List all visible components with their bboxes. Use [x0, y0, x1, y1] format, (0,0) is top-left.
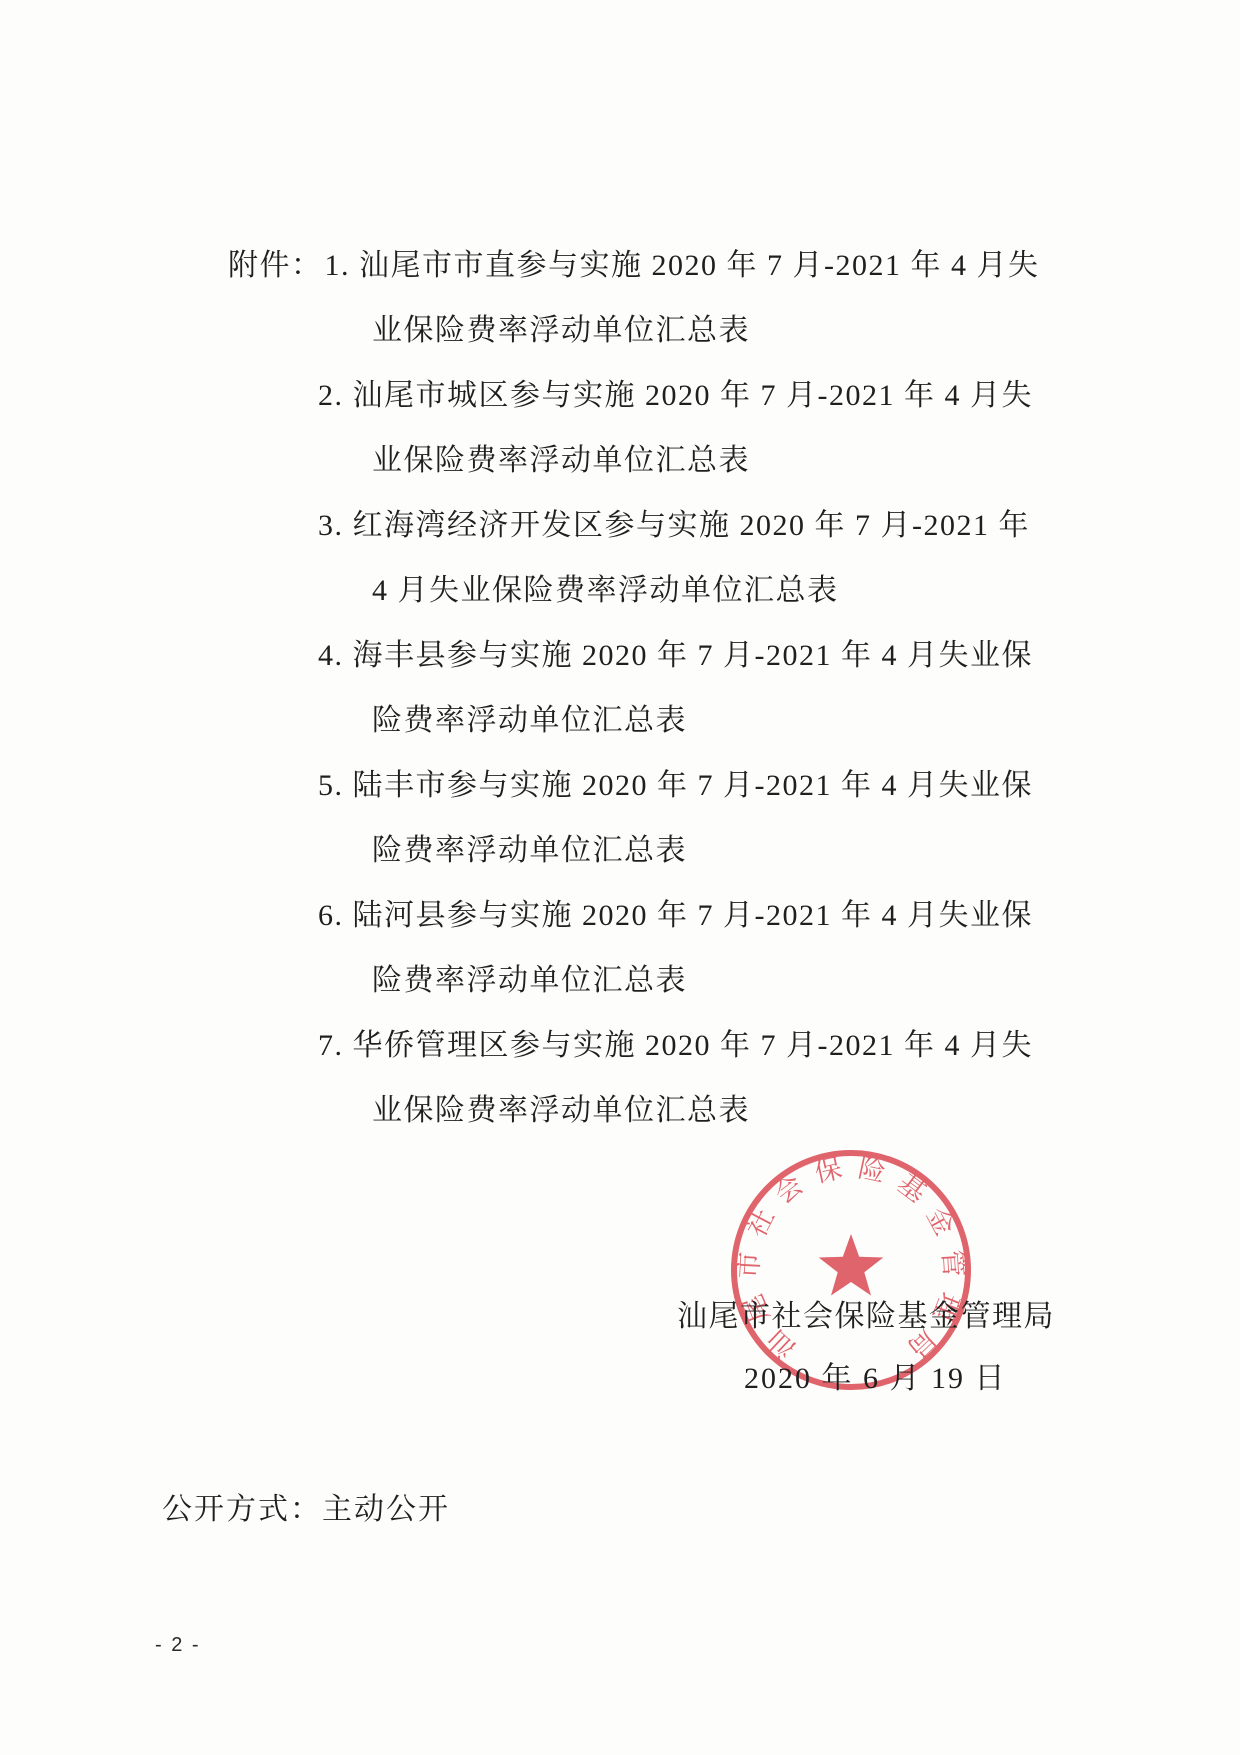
attachment-line: 4. 海丰县参与实施 2020 年 7 月-2021 年 4 月失业保	[318, 636, 1033, 676]
attachment-line: 业保险费率浮动单位汇总表	[372, 1091, 750, 1131]
attachment-line-text: 业保险费率浮动单位汇总表	[372, 314, 750, 347]
signature-org: 汕尾市社会保险基金管理局	[677, 1291, 1055, 1335]
attachment-line: 业保险费率浮动单位汇总表	[372, 441, 750, 481]
attachment-line: 6. 陆河县参与实施 2020 年 7 月-2021 年 4 月失业保	[318, 896, 1033, 936]
attachment-line-text: 险费率浮动单位汇总表	[372, 834, 687, 867]
attachment-line: 险费率浮动单位汇总表	[372, 831, 687, 871]
attachment-line-text: 险费率浮动单位汇总表	[372, 704, 687, 737]
attachment-line-text: 7. 华侨管理区参与实施 2020 年 7 月-2021 年 4 月失	[318, 1029, 1033, 1062]
attachment-line-text: 3. 红海湾经济开发区参与实施 2020 年 7 月-2021 年	[318, 509, 1030, 542]
attachment-line-text: 业保险费率浮动单位汇总表	[372, 444, 750, 477]
attachment-line-text: 4 月失业保险费率浮动单位汇总表	[372, 574, 839, 607]
attachment-line-text: 1. 汕尾市市直参与实施 2020 年 7 月-2021 年 4 月失	[325, 249, 1040, 282]
attachment-line: 险费率浮动单位汇总表	[372, 961, 687, 1001]
attachment-line: 业保险费率浮动单位汇总表	[372, 311, 750, 351]
disclosure-method: 公开方式：主动公开	[162, 1484, 450, 1528]
attachment-line: 2. 汕尾市城区参与实施 2020 年 7 月-2021 年 4 月失	[318, 376, 1033, 416]
attachment-line: 7. 华侨管理区参与实施 2020 年 7 月-2021 年 4 月失	[318, 1026, 1033, 1066]
attachment-line-text: 险费率浮动单位汇总表	[372, 964, 687, 997]
attachment-line-text: 5. 陆丰市参与实施 2020 年 7 月-2021 年 4 月失业保	[318, 769, 1033, 802]
signature-date: 2020 年 6 月 19 日	[744, 1353, 1007, 1397]
page-number: - 2 -	[155, 1634, 201, 1657]
attachment-line: 附件：1. 汕尾市市直参与实施 2020 年 7 月-2021 年 4 月失	[228, 246, 1040, 286]
attachment-line: 4 月失业保险费率浮动单位汇总表	[372, 571, 839, 611]
attachment-label: 附件：	[228, 249, 323, 282]
star-icon	[819, 1234, 884, 1296]
attachment-line-text: 6. 陆河县参与实施 2020 年 7 月-2021 年 4 月失业保	[318, 899, 1033, 932]
attachment-line: 险费率浮动单位汇总表	[372, 701, 687, 741]
attachment-line: 3. 红海湾经济开发区参与实施 2020 年 7 月-2021 年	[318, 506, 1030, 546]
attachment-line: 5. 陆丰市参与实施 2020 年 7 月-2021 年 4 月失业保	[318, 766, 1033, 806]
document-page: 附件：1. 汕尾市市直参与实施 2020 年 7 月-2021 年 4 月失 业…	[0, 0, 1240, 1755]
attachment-line-text: 业保险费率浮动单位汇总表	[372, 1094, 750, 1127]
attachment-line-text: 4. 海丰县参与实施 2020 年 7 月-2021 年 4 月失业保	[318, 639, 1033, 672]
attachment-line-text: 2. 汕尾市城区参与实施 2020 年 7 月-2021 年 4 月失	[318, 379, 1033, 412]
